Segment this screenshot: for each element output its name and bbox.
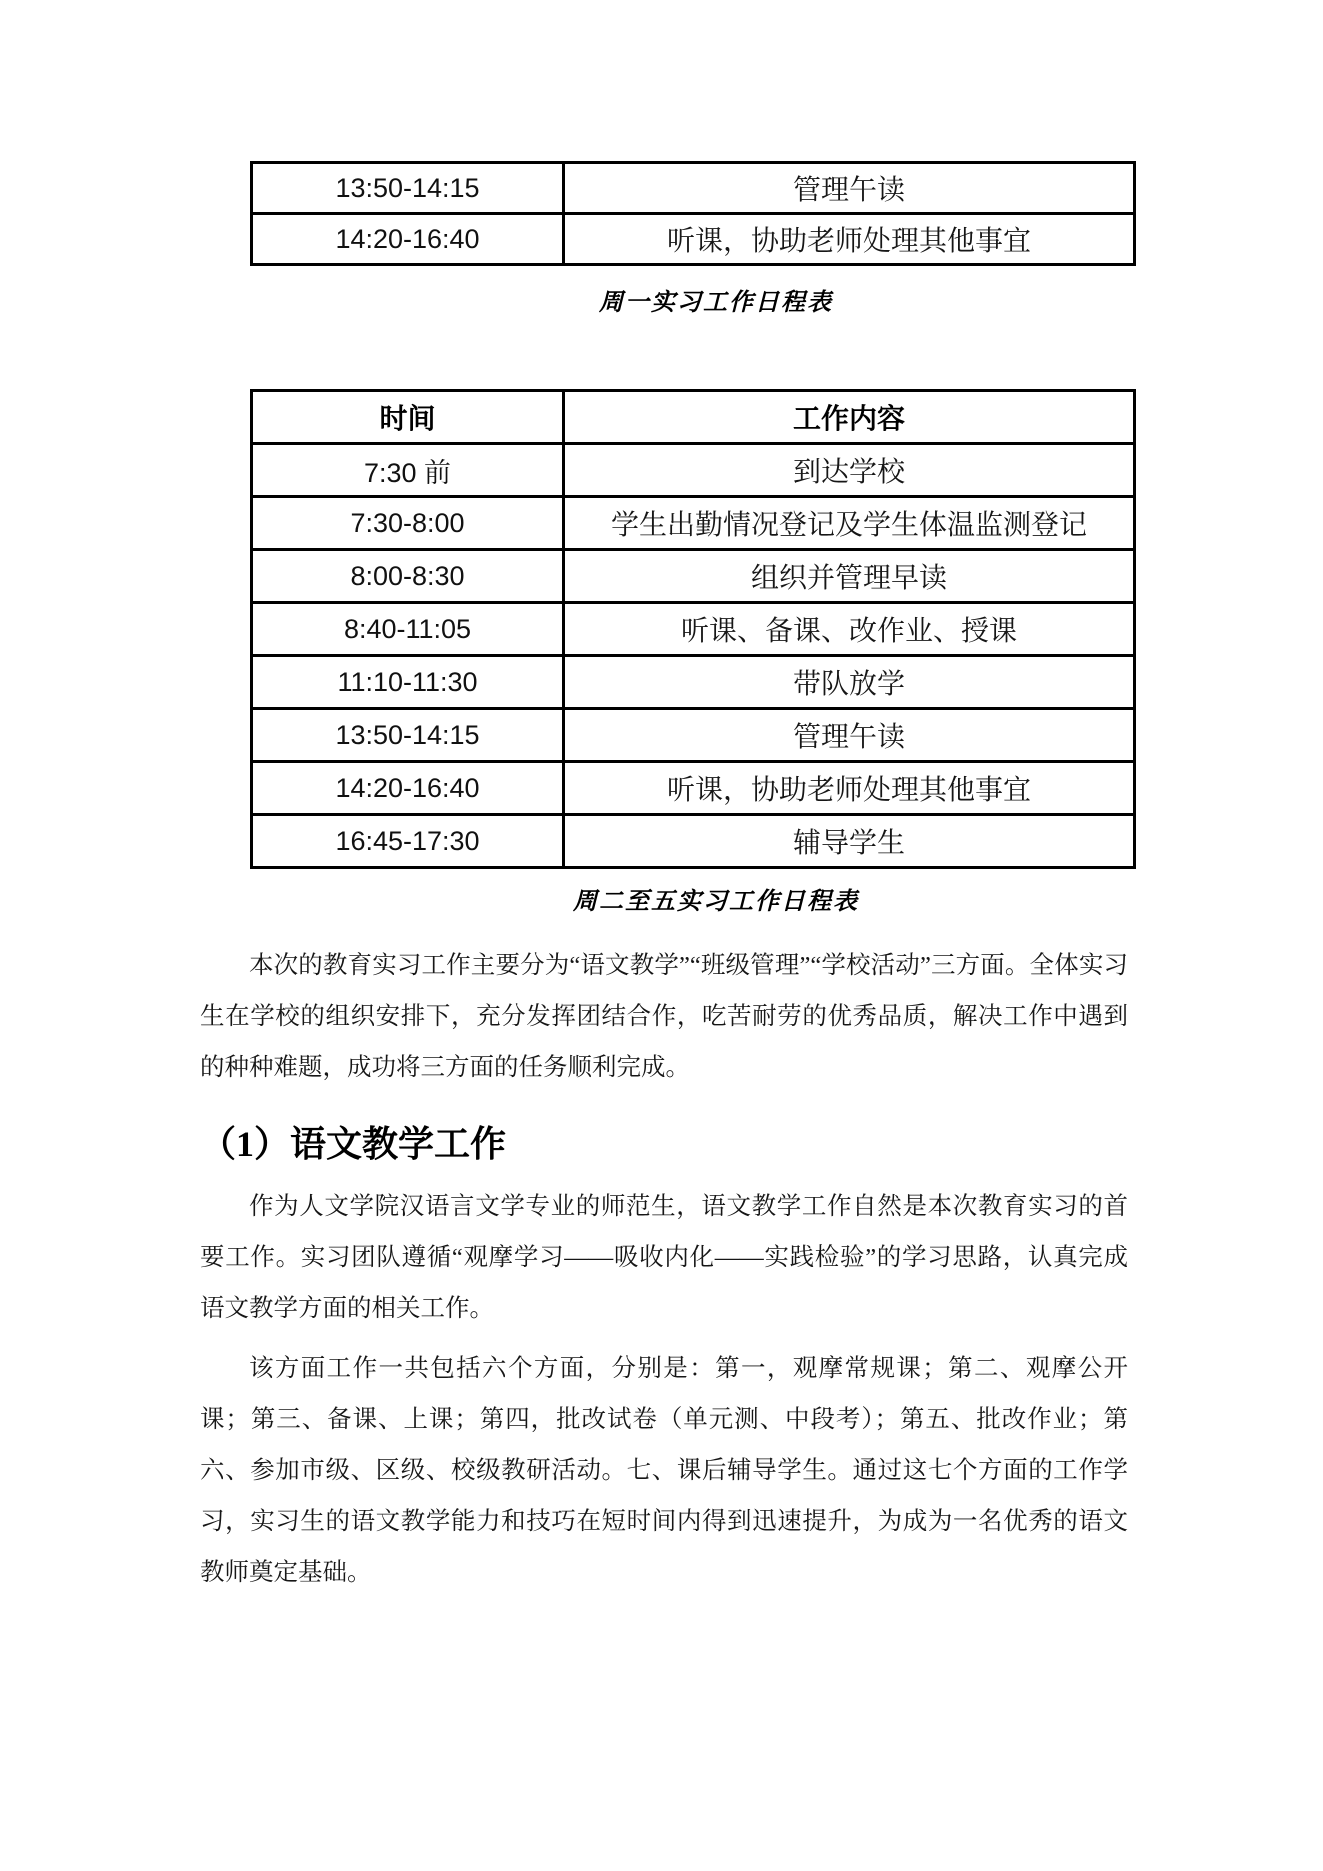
task-cell: 组织并管理早读 bbox=[564, 550, 1135, 603]
time-cell: 11:10-11:30 bbox=[252, 656, 564, 709]
document-page: 13:50-14:15 管理午读 14:20-16:40 听课，协助老师处理其他… bbox=[0, 0, 1323, 1871]
table-row: 11:10-11:30 带队放学 bbox=[252, 656, 1135, 709]
task-cell: 管理午读 bbox=[564, 709, 1135, 762]
time-cell: 7:30-8:00 bbox=[252, 497, 564, 550]
table-row: 7:30 前 到达学校 bbox=[252, 444, 1135, 497]
table-row: 8:00-8:30 组织并管理早读 bbox=[252, 550, 1135, 603]
header-cell-task: 工作内容 bbox=[564, 391, 1135, 444]
tue-fri-schedule-table: 时间 工作内容 7:30 前 到达学校 7:30-8:00 学生出勤情况登记及学… bbox=[250, 389, 1136, 869]
table-header-row: 时间 工作内容 bbox=[252, 391, 1135, 444]
table-row: 13:50-14:15 管理午读 bbox=[252, 163, 1135, 214]
paragraph-teaching-details: 该方面工作一共包括六个方面，分别是：第一，观摩常规课；第二、观摩公开课；第三、备… bbox=[200, 1343, 1128, 1598]
intro-paragraph: 本次的教育实习工作主要分为“语文教学”“班级管理”“学校活动”三方面。全体实习生… bbox=[200, 940, 1128, 1093]
task-cell: 辅导学生 bbox=[564, 815, 1135, 868]
table-row: 16:45-17:30 辅导学生 bbox=[252, 815, 1135, 868]
time-cell: 7:30 前 bbox=[252, 444, 564, 497]
time-cell: 13:50-14:15 bbox=[252, 163, 564, 214]
task-cell: 学生出勤情况登记及学生体温监测登记 bbox=[564, 497, 1135, 550]
table-row: 13:50-14:15 管理午读 bbox=[252, 709, 1135, 762]
time-cell: 8:40-11:05 bbox=[252, 603, 564, 656]
task-cell: 到达学校 bbox=[564, 444, 1135, 497]
time-cell: 14:20-16:40 bbox=[252, 214, 564, 265]
time-cell: 13:50-14:15 bbox=[252, 709, 564, 762]
task-cell: 带队放学 bbox=[564, 656, 1135, 709]
table-row: 14:20-16:40 听课，协助老师处理其他事宜 bbox=[252, 762, 1135, 815]
table-caption-monday: 周一实习工作日程表 bbox=[273, 285, 1159, 321]
table-caption-tue-fri: 周二至五实习工作日程表 bbox=[273, 884, 1159, 920]
section-heading: （1）语文教学工作 bbox=[200, 1122, 1128, 1166]
table-row: 14:20-16:40 听课，协助老师处理其他事宜 bbox=[252, 214, 1135, 265]
task-cell: 听课，协助老师处理其他事宜 bbox=[564, 762, 1135, 815]
time-cell: 8:00-8:30 bbox=[252, 550, 564, 603]
task-cell: 管理午读 bbox=[564, 163, 1135, 214]
table-row: 8:40-11:05 听课、备课、改作业、授课 bbox=[252, 603, 1135, 656]
header-cell-time: 时间 bbox=[252, 391, 564, 444]
table-row: 7:30-8:00 学生出勤情况登记及学生体温监测登记 bbox=[252, 497, 1135, 550]
task-cell: 听课，协助老师处理其他事宜 bbox=[564, 214, 1135, 265]
task-cell: 听课、备课、改作业、授课 bbox=[564, 603, 1135, 656]
time-cell: 14:20-16:40 bbox=[252, 762, 564, 815]
monday-schedule-table: 13:50-14:15 管理午读 14:20-16:40 听课，协助老师处理其他… bbox=[250, 161, 1136, 266]
paragraph-teaching-intro: 作为人文学院汉语言文学专业的师范生，语文教学工作自然是本次教育实习的首要工作。实… bbox=[200, 1181, 1128, 1334]
time-cell: 16:45-17:30 bbox=[252, 815, 564, 868]
